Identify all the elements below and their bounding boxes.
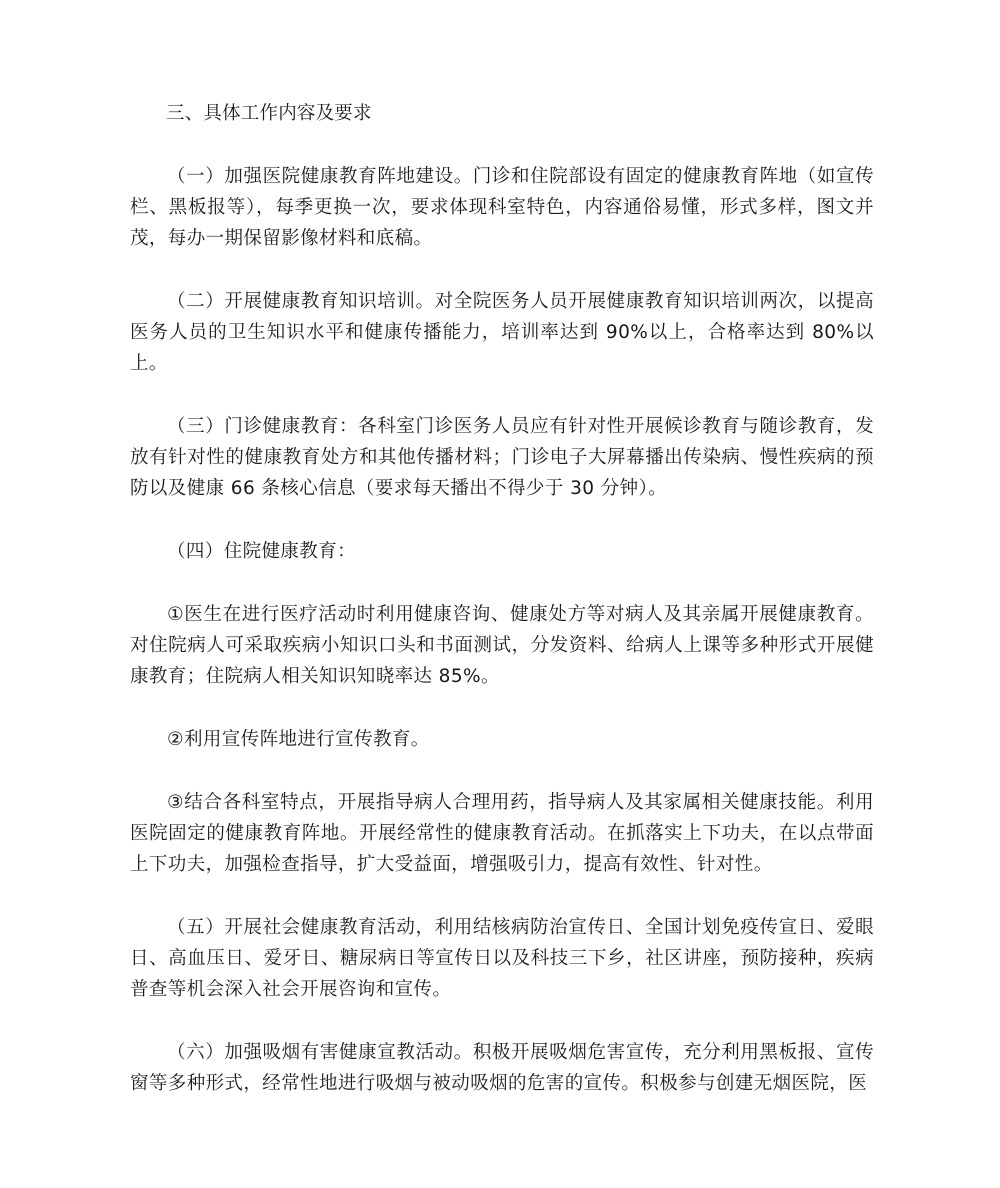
paragraph-section-6: （六）加强吸烟有害健康宣教活动。积极开展吸烟危害宣传，充分利用黑板报、宣传窗等多…: [130, 1037, 874, 1099]
paragraph-section-4: （四）住院健康教育：: [130, 536, 874, 567]
section-heading: 三、具体工作内容及要求: [166, 98, 874, 129]
paragraph-item-3: ③结合各科室特点，开展指导病人合理用药，指导病人及其家属相关健康技能。利用医院固…: [130, 787, 874, 880]
paragraph-section-1: （一）加强医院健康教育阵地建设。门诊和住院部设有固定的健康教育阵地（如宣传栏、黑…: [130, 161, 874, 254]
paragraph-item-1: ①医生在进行医疗活动时利用健康咨询、健康处方等对病人及其亲属开展健康教育。对住院…: [130, 599, 874, 692]
document-page: 三、具体工作内容及要求 （一）加强医院健康教育阵地建设。门诊和住院部设有固定的健…: [130, 98, 874, 1131]
paragraph-section-2: （二）开展健康教育知识培训。对全院医务人员开展健康教育知识培训两次，以提高医务人…: [130, 286, 874, 379]
paragraph-section-5: （五）开展社会健康教育活动，利用结核病防治宣传日、全国计划免疫传宣日、爱眼日、高…: [130, 912, 874, 1005]
paragraph-item-2: ②利用宣传阵地进行宣传教育。: [130, 724, 874, 755]
paragraph-section-3: （三）门诊健康教育：各科室门诊医务人员应有针对性开展候诊教育与随诊教育，发放有针…: [130, 411, 874, 504]
